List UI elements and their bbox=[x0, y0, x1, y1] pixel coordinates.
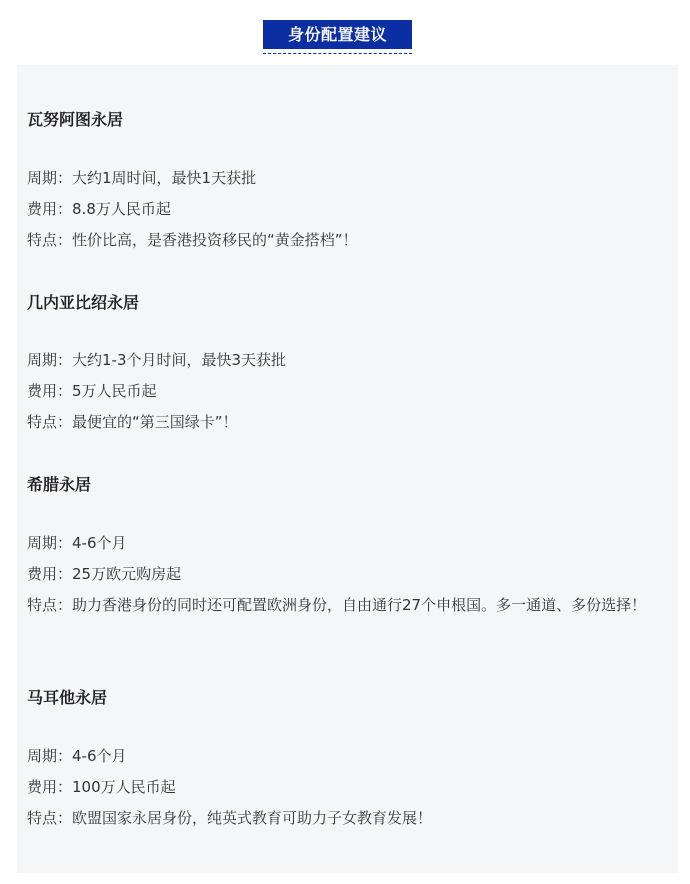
value: 4-6个月 bbox=[72, 747, 127, 765]
section-header: 身份配置建议 bbox=[263, 20, 412, 54]
value: 8.8万人民币起 bbox=[72, 200, 171, 218]
cycle-line: 周期：大约1周时间，最快1天获批 bbox=[27, 163, 256, 193]
feature-line: 特点：性价比高，是香港投资移民的“黄金搭档”！ bbox=[27, 225, 358, 255]
value: 欧盟国家永居身份，纯英式教育可助力子女教育发展！ bbox=[72, 809, 432, 827]
label: 特点： bbox=[27, 596, 72, 614]
label: 费用： bbox=[27, 778, 72, 796]
label: 费用： bbox=[27, 200, 72, 218]
feature-line: 特点：欧盟国家永居身份，纯英式教育可助力子女教育发展！ bbox=[27, 803, 432, 833]
value: 大约1周时间，最快1天获批 bbox=[72, 169, 256, 187]
page-title: 身份配置建议 bbox=[263, 20, 412, 49]
section-title-vanuatu: 瓦努阿图永居 bbox=[27, 107, 123, 130]
section-title-guinea-bissau: 几内亚比绍永居 bbox=[27, 290, 139, 313]
cycle-line: 周期：4-6个月 bbox=[27, 528, 127, 558]
cost-line: 费用：8.8万人民币起 bbox=[27, 194, 171, 224]
cycle-line: 周期：4-6个月 bbox=[27, 741, 127, 771]
cost-line: 费用：25万欧元购房起 bbox=[27, 559, 181, 589]
value: 最便宜的“第三国绿卡”！ bbox=[72, 413, 238, 431]
cost-line: 费用：100万人民币起 bbox=[27, 772, 176, 802]
section-title-greece: 希腊永居 bbox=[27, 472, 91, 495]
label: 周期： bbox=[27, 351, 72, 369]
section-title-malta: 马耳他永居 bbox=[27, 685, 107, 708]
label: 周期： bbox=[27, 534, 72, 552]
value: 25万欧元购房起 bbox=[72, 565, 181, 583]
label: 费用： bbox=[27, 382, 72, 400]
title-underline-divider bbox=[263, 53, 412, 54]
label: 周期： bbox=[27, 747, 72, 765]
label: 特点： bbox=[27, 809, 72, 827]
label: 费用： bbox=[27, 565, 72, 583]
value: 助力香港身份的同时还可配置欧洲身份，自由通行27个申根国。多一通道、多份选择！ bbox=[72, 596, 646, 614]
value: 100万人民币起 bbox=[72, 778, 176, 796]
label: 周期： bbox=[27, 169, 72, 187]
value: 5万人民币起 bbox=[72, 382, 157, 400]
feature-line: 特点：最便宜的“第三国绿卡”！ bbox=[27, 407, 238, 437]
label: 特点： bbox=[27, 413, 72, 431]
value: 4-6个月 bbox=[72, 534, 127, 552]
cycle-line: 周期：大约1-3个月时间，最快3天获批 bbox=[27, 345, 286, 375]
feature-line: 特点：助力香港身份的同时还可配置欧洲身份，自由通行27个申根国。多一通道、多份选… bbox=[27, 590, 672, 620]
cost-line: 费用：5万人民币起 bbox=[27, 376, 157, 406]
value: 大约1-3个月时间，最快3天获批 bbox=[72, 351, 286, 369]
label: 特点： bbox=[27, 231, 72, 249]
value: 性价比高，是香港投资移民的“黄金搭档”！ bbox=[72, 231, 358, 249]
content-box: 瓦努阿图永居 周期：大约1周时间，最快1天获批 费用：8.8万人民币起 特点：性… bbox=[17, 65, 678, 873]
